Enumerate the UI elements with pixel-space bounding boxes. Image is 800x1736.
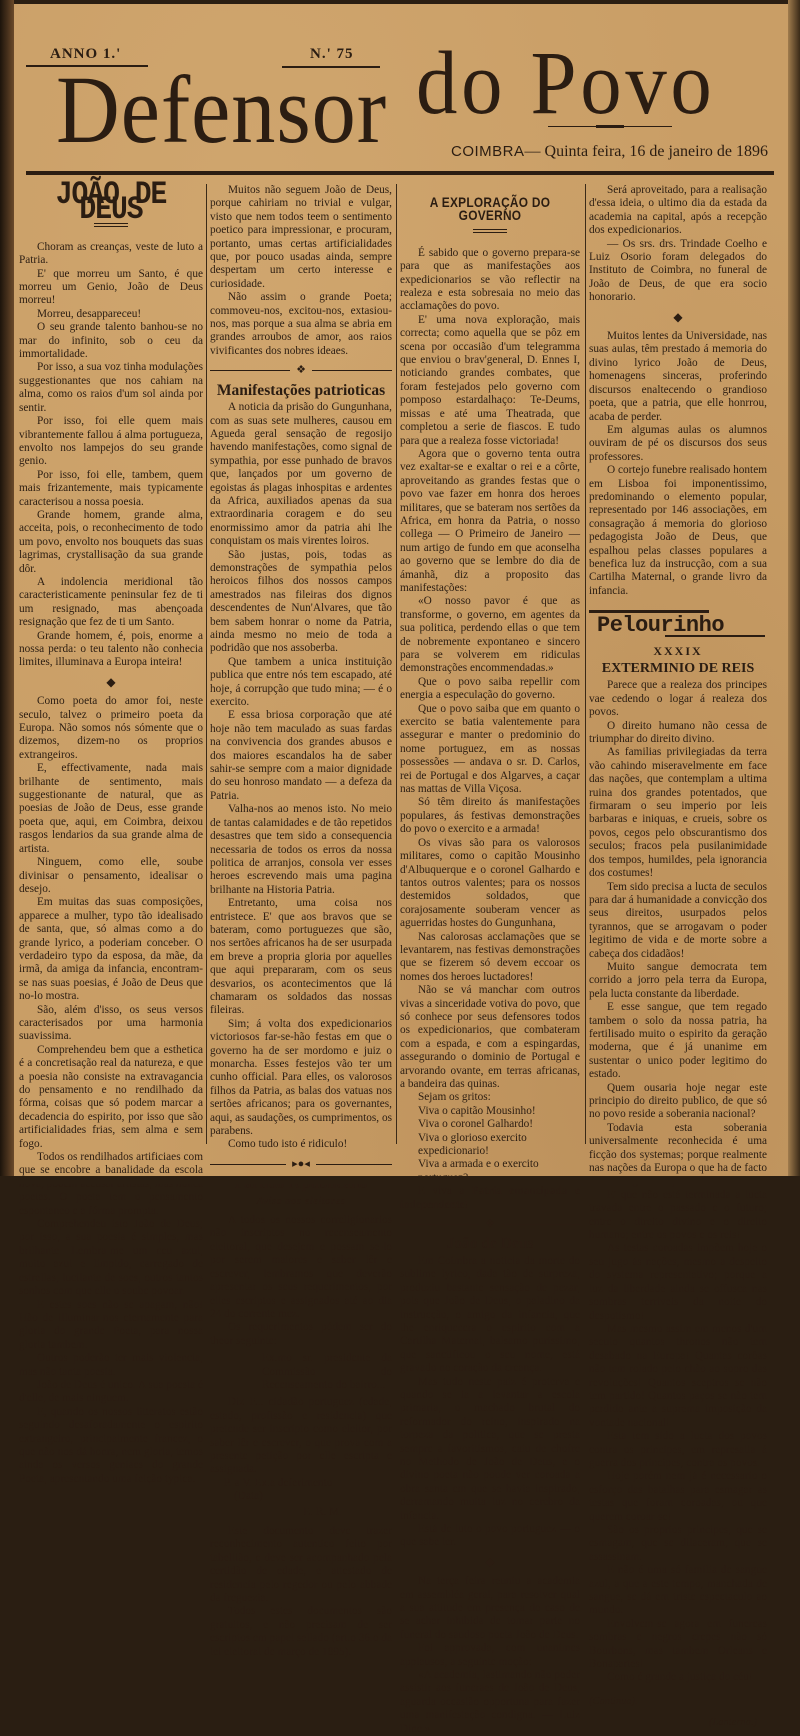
- paragraph: A indolencia meridional tão caracteristi…: [19, 576, 203, 630]
- paragraph: O direito humano não cessa de triumphar …: [589, 720, 767, 747]
- paragraph: Muitos lentes da Universidade, nas suas …: [589, 330, 767, 424]
- section-subtitle-exterminio: EXTERMINIO DE REIS: [589, 662, 767, 675]
- section-title-pelourinho: Pelourinho: [597, 619, 767, 632]
- paragraph: «O nosso pavor é que as transforme, o go…: [400, 595, 580, 675]
- paragraph: Viva o capitão Mousinho!: [400, 1105, 580, 1118]
- column-divider: [396, 184, 397, 1144]
- paragraph: Viva o glorioso exercito expedicionario!: [400, 1132, 580, 1159]
- paragraph: E' uma nova exploração, mais correcta; c…: [400, 314, 580, 448]
- section-number: XXXIX: [589, 645, 767, 658]
- column-3: A EXPLORAÇÃO DO GOVERNO É sabido que o g…: [400, 184, 580, 1184]
- masthead-title-right: do Povo: [416, 36, 716, 132]
- paragraph: E essa briosa corporação que até hoje nã…: [210, 709, 392, 803]
- paragraph: Sim; á volta dos expedicionarios victori…: [210, 1018, 392, 1139]
- paragraph: Por isso, a sua voz tinha modulações sug…: [19, 361, 203, 415]
- shouts-list: Viva o capitão Mousinho!Viva o coronel G…: [400, 1105, 580, 1184]
- paragraph: Como poeta do amor foi, neste seculo, ta…: [19, 695, 203, 762]
- paragraph: Grande homem, é, pois, enorme a nossa pe…: [19, 630, 203, 670]
- article-body: Choram as creanças, veste de luto a Patr…: [19, 241, 203, 670]
- section-title-manifestacoes: Manifestações patrioticas: [210, 384, 392, 397]
- column-2: Muitos não seguem João de Deus, porque c…: [210, 184, 392, 1184]
- paragraph: E esse sangue, que tem regado tambem o s…: [589, 1001, 767, 1081]
- paragraph: Não assim o grande Poeta; commoveu-nos, …: [210, 291, 392, 358]
- paragraph: Como tudo isto é ridiculo!: [210, 1138, 392, 1151]
- paragraph: Grande homem, grande alma, acceita, pois…: [19, 509, 203, 576]
- column-divider: [585, 184, 586, 1144]
- dateline-date: — Quinta feira, 16 de janeiro de 1896: [525, 143, 768, 160]
- paragraph: Agora que o governo tenta outra vez exal…: [400, 448, 580, 595]
- ornament-divider: ▸●◂: [210, 1158, 392, 1171]
- ornament-icon: ▸●◂: [286, 1158, 316, 1171]
- article-body: Será aproveitado, para a realisação d'es…: [589, 184, 767, 305]
- ornament-icon: ◆: [589, 311, 767, 324]
- article-body: A noticia da prisão do Gungunhana, com a…: [210, 401, 392, 1152]
- paragraph: Por isso, foi elle, tambem, quem mais fr…: [19, 469, 203, 509]
- paragraph: Morreu, desappareceu!: [19, 308, 203, 321]
- dateline: COIMBRA— Quinta feira, 16 de janeiro de …: [451, 143, 768, 161]
- paragraph: Que tambem a unica instituição publica q…: [210, 656, 392, 710]
- paragraph: A noticia da prisão do Gungunhana, com a…: [210, 401, 392, 548]
- dateline-city: COIMBRA: [451, 143, 525, 160]
- paragraph: Só têm direito ás manifestações populare…: [400, 796, 580, 836]
- paragraph: Que o povo saiba repellir com energia a …: [400, 676, 580, 703]
- paragraph: Viva o coronel Galhardo!: [400, 1118, 580, 1131]
- paragraph: Em muitas das suas composições, apparece…: [19, 896, 203, 1003]
- ornament-icon: ◆: [19, 676, 203, 689]
- paragraph: Quem ousaria hoje negar este principio d…: [589, 1082, 767, 1122]
- paragraph: Muito sangue democrata tem corrido a jor…: [589, 961, 767, 1001]
- paragraph: As familias privilegiadas da terra vão c…: [589, 746, 767, 880]
- paragraph: São, além d'isso, os seus versos caracte…: [19, 1004, 203, 1044]
- paragraph: São justas, pois, todas as demonstrações…: [210, 549, 392, 656]
- column-4: Será aproveitado, para a realisação d'es…: [589, 184, 767, 1184]
- divider: [473, 229, 507, 233]
- article-title-joao-de-deus: JOÃO DE DEUS: [19, 188, 203, 219]
- article-body: Muitos não seguem João de Deus, porque c…: [210, 184, 392, 358]
- column-divider: [206, 184, 207, 1144]
- paragraph: Será aproveitado, para a realisação d'es…: [589, 184, 767, 238]
- paragraph: E, effectivamente, nada mais brilhante d…: [19, 762, 203, 856]
- paragraph: Que o povo saiba que em quanto o exercit…: [400, 703, 580, 797]
- paragraph: Entretanto, uma coisa nos entristece. E'…: [210, 897, 392, 1018]
- paragraph: Choram as creanças, veste de luto a Patr…: [19, 241, 203, 268]
- article-body: Parece que a realeza dos principes vae c…: [589, 679, 767, 1184]
- page-right-edge: [788, 0, 800, 1184]
- masthead-ornament-rule: [548, 126, 672, 127]
- shouts-intro: Sejam os gritos:: [400, 1091, 580, 1104]
- masthead-title-left: Defensor: [56, 62, 387, 158]
- paragraph: Em algumas aulas os alumnos ouviram de p…: [589, 424, 767, 464]
- paragraph: Por isso, foi elle quem mais vibrantemen…: [19, 415, 203, 469]
- paragraph: Nas calorosas acclamações que se levanta…: [400, 931, 580, 985]
- newspaper-page: ANNO 1.' N.' 75 Defensor do Povo COIMBRA…: [14, 4, 788, 1176]
- page-left-edge: [0, 0, 14, 1184]
- paragraph: Os vivas são para os valorosos militares…: [400, 837, 580, 931]
- paragraph: Valha-nos ao menos isto. No meio de tant…: [210, 803, 392, 897]
- paragraph: O seu grande talento banhou-se no mar do…: [19, 321, 203, 361]
- page-bottom-edge: [0, 1176, 800, 1184]
- paragraph: É sabido que o governo prepara-se para q…: [400, 247, 580, 314]
- paragraph: Parece que a realeza dos principes vae c…: [589, 679, 767, 719]
- paragraph: Todavia esta soberania universalmente re…: [589, 1122, 767, 1184]
- paragraph: Comprehendeu bem que a esthetica é a con…: [19, 1044, 203, 1151]
- article-body: Como poeta do amor foi, neste seculo, ta…: [19, 695, 203, 1184]
- paragraph: Tem sido precisa a lucta de seculos para…: [589, 881, 767, 961]
- paragraph: — Os srs. drs. Trindade Coelho e Luiz Os…: [589, 238, 767, 305]
- paragraph: O cortejo funebre realisado hontem em Li…: [589, 464, 767, 598]
- header-rule: [26, 171, 774, 175]
- paragraph: Não se vá manchar com outros vivas a sin…: [400, 984, 580, 1091]
- paragraph: E' que morreu um Santo, é que morreu um …: [19, 268, 203, 308]
- ornament-divider: ❖: [210, 364, 392, 377]
- paragraph: Muitos não seguem João de Deus, porque c…: [210, 184, 392, 291]
- article-body: É sabido que o governo prepara-se para q…: [400, 247, 580, 1092]
- ornament-icon: ❖: [290, 364, 312, 377]
- article-title-exploracao: A EXPLORAÇÃO DO GOVERNO: [414, 196, 567, 223]
- paragraph: Ninguem, como elle, soube divinisar o pe…: [19, 856, 203, 896]
- article-body: Muitos lentes da Universidade, nas suas …: [589, 330, 767, 598]
- column-1: JOÃO DE DEUS Choram as creanças, veste d…: [19, 184, 203, 1184]
